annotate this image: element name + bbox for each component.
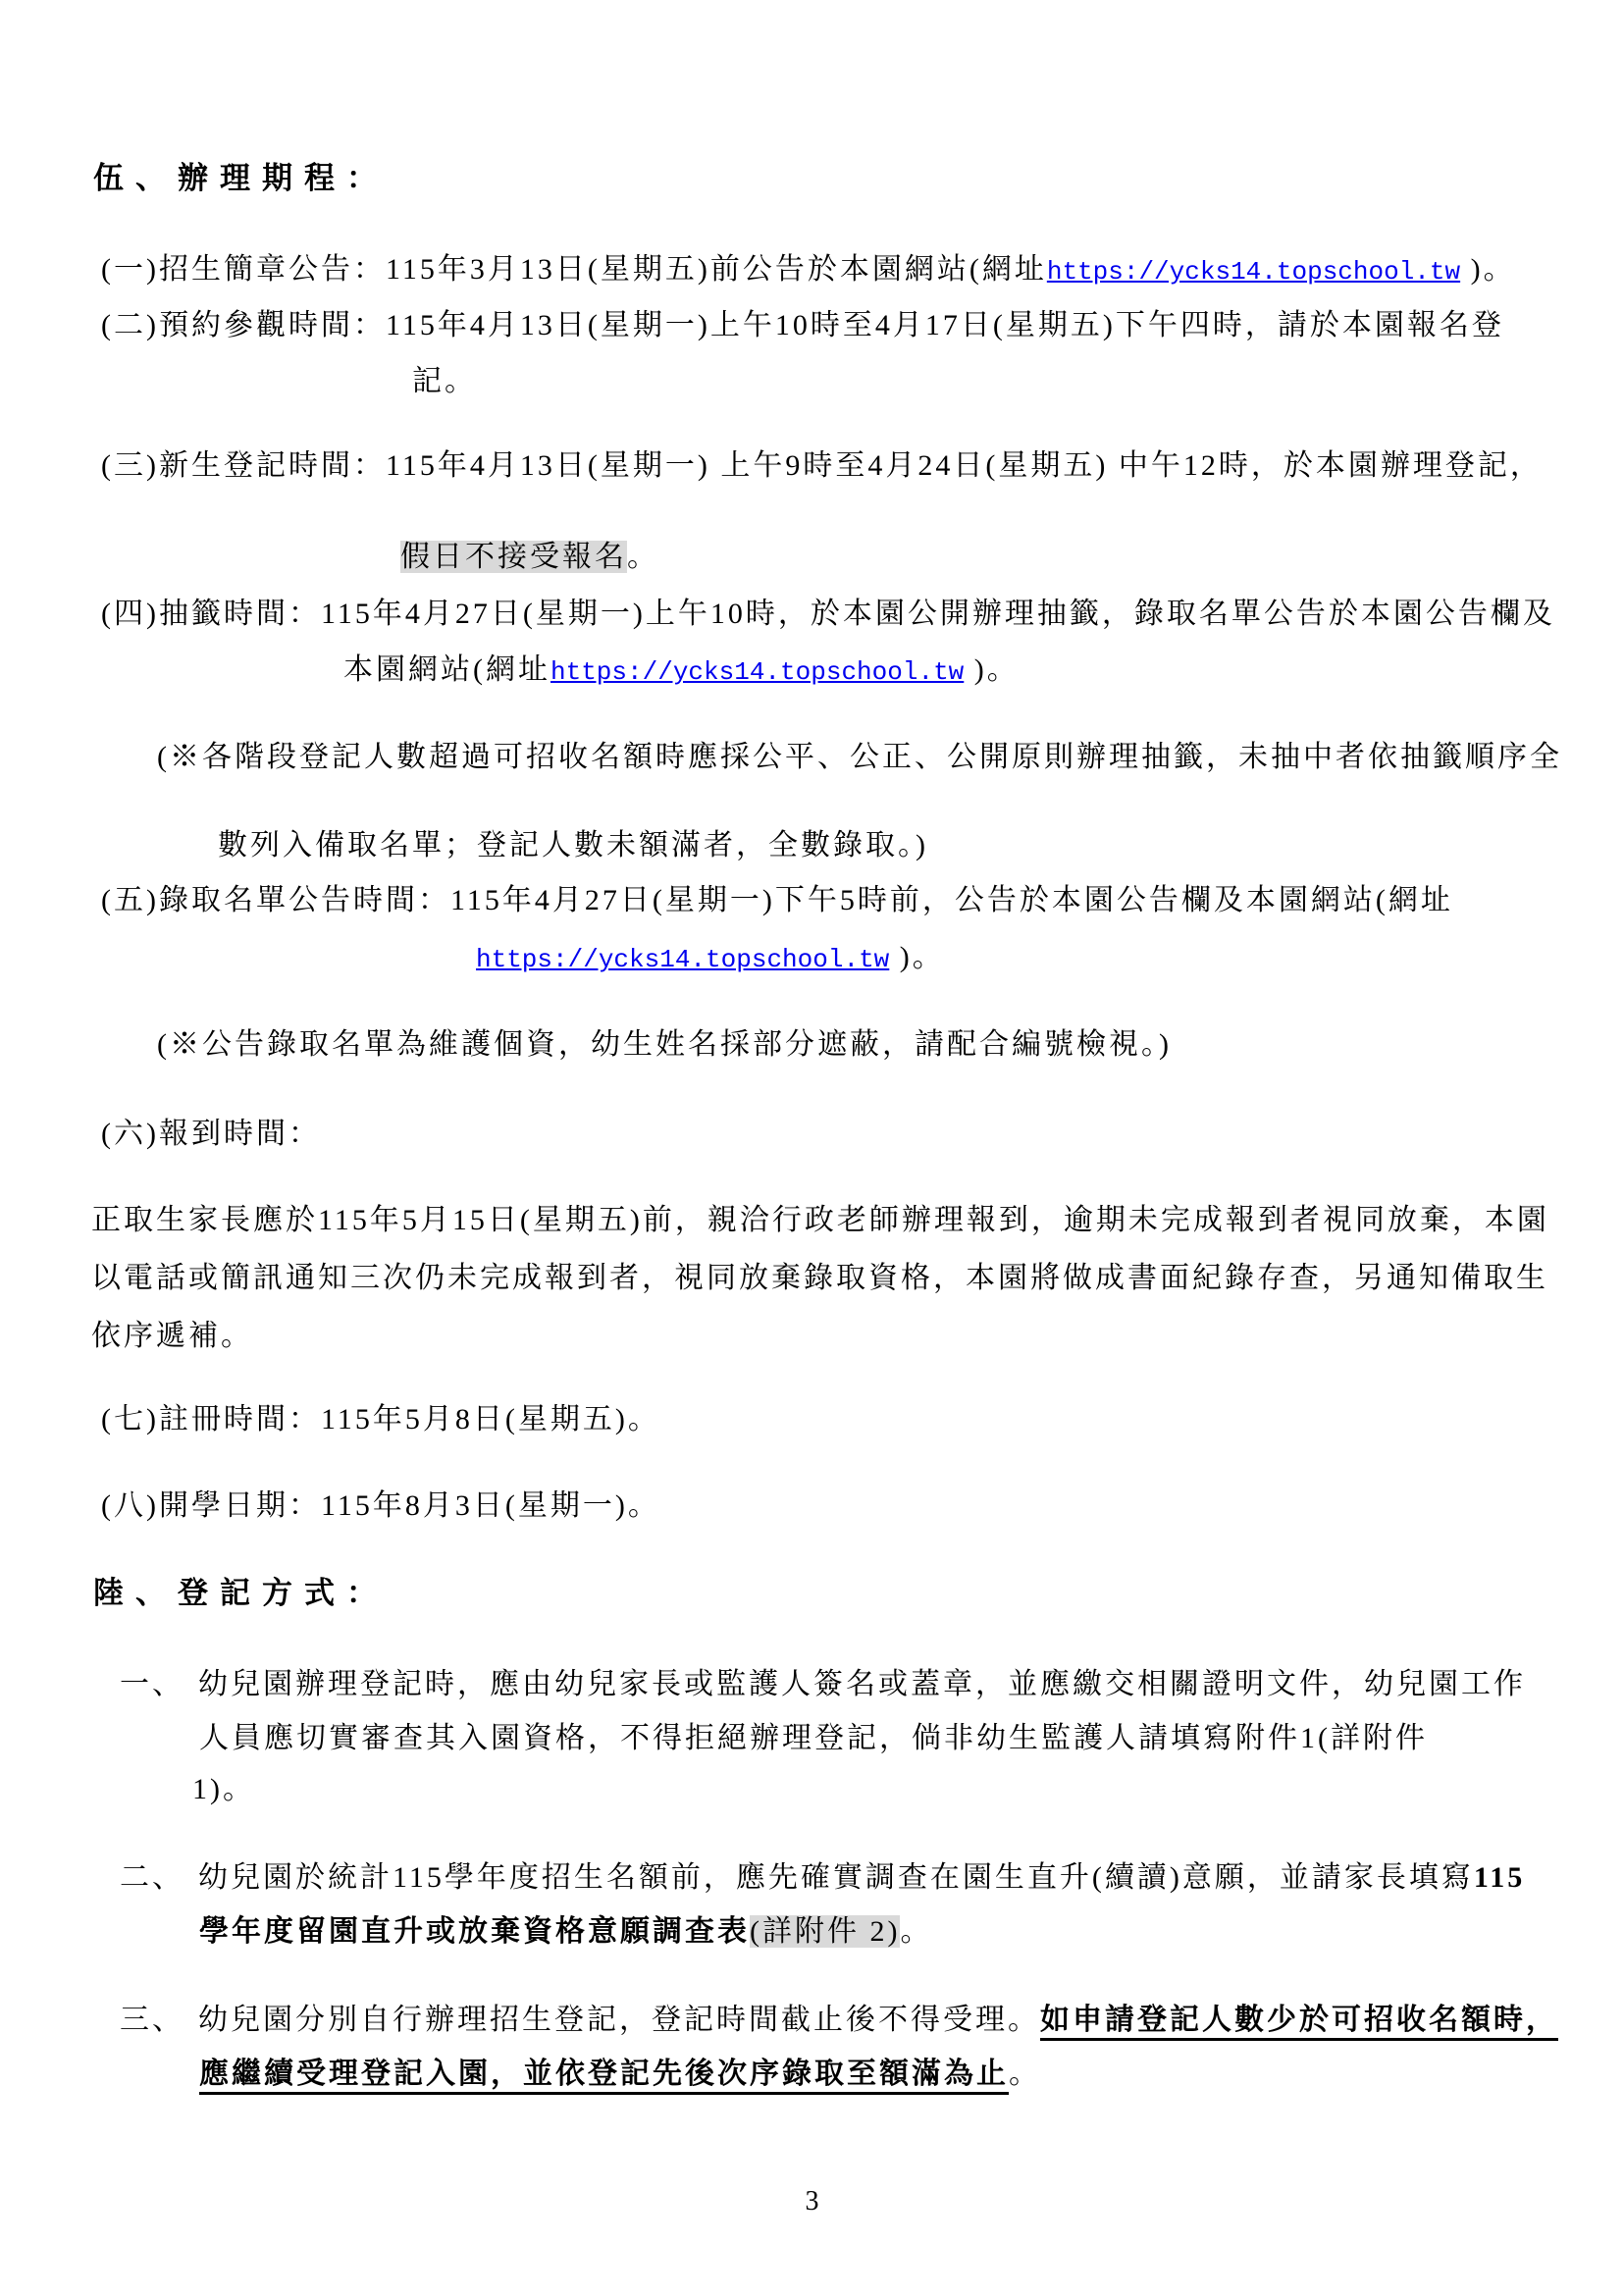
schedule-item-7: (七)註冊時間：115年5月8日(星期五)。 (101, 1401, 660, 1438)
schedule-item-5-line1: (五)錄取名單公告時間：115年4月27日(星期一)下午5時前，公告於本園公告欄… (101, 882, 1453, 919)
website-link[interactable]: https://ycks14.topschool.tw (1047, 257, 1460, 287)
schedule-item-1-text: (一)招生簡章公告：115年3月13日(星期五)前公告於本園網站(網址 (101, 253, 1047, 286)
schedule-item-3-text: (三)新生登記時間：115年4月13日(星期一) 上午9時至4月24日(星期五)… (101, 449, 1543, 482)
schedule-item-1: (一)招生簡章公告：115年3月13日(星期五)前公告於本園網站(網址https… (101, 251, 1516, 290)
schedule-item-2-line1: (二)預約參觀時間：115年4月13日(星期一)上午10時至4月17日(星期五)… (101, 307, 1504, 344)
schedule-item-5-text: (五)錄取名單公告時間：115年4月27日(星期一)下午5時前，公告於本園公告欄… (101, 884, 1453, 916)
schedule-item-4-text: (四)抽籤時間：115年4月27日(星期一)上午10時，於本園公開辦理抽籤，錄取… (101, 598, 1555, 630)
schedule-item-2-text: (二)預約參觀時間：115年4月13日(星期一)上午10時至4月17日(星期五)… (101, 309, 1504, 341)
holiday-highlight: 假日不接受報名 (400, 541, 627, 573)
lottery-note-line1: (※各階段登記人數超過可招收名額時應採公平、公正、公開原則辦理抽籤，未抽中者依抽… (157, 739, 1562, 776)
document-page: 伍、辦理期程： (一)招生簡章公告：115年3月13日(星期五)前公告於本園網站… (0, 0, 1624, 2295)
website-link[interactable]: https://ycks14.topschool.tw (476, 945, 889, 974)
registration-item-1-text2: 人員應切實審查其入園資格，不得拒絕辦理登記，倘非幼生監護人請填寫附件1(詳附件 (199, 1722, 1428, 1754)
registration-item-3-emphasis2: 應繼續受理登記入園，並依登記先後次序錄取至額滿為止 (199, 2058, 1009, 2095)
schedule-item-4-line2: 本園網站(網址https://ycks14.topschool.tw )。 (343, 652, 1020, 691)
checkin-para-line2: 以電話或簡訊通知三次仍未完成報到者，視同放棄錄取資格，本園將做成書面紀錄存查，另… (91, 1260, 1548, 1297)
section-5-heading: 伍、辦理期程： (93, 160, 389, 197)
schedule-item-5-suffix: )。 (889, 941, 945, 973)
schedule-item-5-line2: https://ycks14.topschool.tw )。 (476, 939, 945, 978)
lottery-note-text1: (※各階段登記人數超過可招收名額時應採公平、公正、公開原則辦理抽籤，未抽中者依抽… (157, 741, 1562, 773)
registration-item-3-period: 。 (1009, 2058, 1041, 2090)
lottery-note-line2: 數列入備取名單；登記人數未額滿者，全數錄取。) (218, 827, 928, 864)
privacy-note-text: (※公告錄取名單為維護個資，幼生姓名採部分遮蔽，請配合編號檢視。) (157, 1028, 1172, 1061)
registration-item-3-text: 幼兒園分別自行辦理招生登記，登記時間截止後不得受理。 (198, 2004, 1040, 2036)
registration-item-1-text3: 1)。 (192, 1773, 255, 1805)
schedule-item-6-label: (六)報到時間： (101, 1116, 321, 1153)
registration-item-1-line2: 人員應切實審查其入園資格，不得拒絕辦理登記，倘非幼生監護人請填寫附件1(詳附件 (199, 1720, 1428, 1757)
survey-form-bold-text: 學年度留園直升或放棄資格意願調查表 (199, 1915, 750, 1948)
schedule-item-8-text: (八)開學日期：115年8月3日(星期一)。 (101, 1489, 660, 1522)
holiday-highlight-suffix: 。 (627, 541, 659, 573)
checkin-para-text1: 正取生家長應於115年5月15日(星期五)前，親洽行政老師辦理報到，逾期未完成報… (91, 1204, 1549, 1236)
registration-item-2-number: 二、 (120, 1861, 184, 1894)
registration-item-1-text: 幼兒園辦理登記時，應由幼兒家長或監護人簽名或蓋章，並應繳交相關證明文件，幼兒園工… (198, 1668, 1526, 1700)
checkin-para-text3: 依序遞補。 (91, 1320, 253, 1352)
website-link[interactable]: https://ycks14.topschool.tw (550, 657, 964, 687)
attachment-2-highlight: (詳附件 2) (750, 1915, 900, 1948)
registration-item-1-line3: 1)。 (192, 1771, 255, 1808)
checkin-para-line1: 正取生家長應於115年5月15日(星期五)前，親洽行政老師辦理報到，逾期未完成報… (91, 1202, 1549, 1239)
registration-item-2-bold115: 115 (1474, 1861, 1525, 1894)
registration-item-1-line1: 一、幼兒園辦理登記時，應由幼兒家長或監護人簽名或蓋章，並應繳交相關證明文件，幼兒… (120, 1666, 1526, 1703)
schedule-item-8: (八)開學日期：115年8月3日(星期一)。 (101, 1487, 660, 1525)
registration-item-2-text: 幼兒園於統計115學年度招生名額前，應先確實調查在園生直升(續讀)意願，並請家長… (198, 1861, 1474, 1894)
privacy-note: (※公告錄取名單為維護個資，幼生姓名採部分遮蔽，請配合編號檢視。) (157, 1026, 1172, 1064)
schedule-item-3-line1: (三)新生登記時間：115年4月13日(星期一) 上午9時至4月24日(星期五)… (101, 447, 1543, 485)
lottery-note-text2: 數列入備取名單；登記人數未額滿者，全數錄取。) (218, 829, 928, 861)
section-5-heading-text: 伍、辦理期程： (93, 161, 389, 195)
schedule-item-2-wrap-text: 記。 (412, 365, 477, 397)
registration-item-3-line2: 應繼續受理登記入園，並依登記先後次序錄取至額滿為止。 (199, 2056, 1041, 2093)
page-number: 3 (0, 2186, 1624, 2217)
schedule-item-3-line2: 假日不接受報名。 (400, 539, 659, 576)
section-6-heading-text: 陸、登記方式： (93, 1576, 389, 1610)
registration-item-2-line2: 學年度留園直升或放棄資格意願調查表(詳附件 2)。 (199, 1913, 932, 1951)
registration-item-3-line1: 三、幼兒園分別自行辦理招生登記，登記時間截止後不得受理。如申請登記人數少於可招收… (120, 2002, 1558, 2039)
schedule-item-4-wrap-text: 本園網站(網址 (343, 653, 550, 686)
section-6-heading: 陸、登記方式： (93, 1575, 389, 1612)
schedule-item-7-text: (七)註冊時間：115年5月8日(星期五)。 (101, 1403, 660, 1435)
registration-item-1-number: 一、 (120, 1668, 184, 1700)
schedule-item-4-line1: (四)抽籤時間：115年4月27日(星期一)上午10時，於本園公開辦理抽籤，錄取… (101, 596, 1555, 633)
registration-item-2-line1: 二、幼兒園於統計115學年度招生名額前，應先確實調查在園生直升(續讀)意願，並請… (120, 1859, 1525, 1897)
schedule-item-2-line2: 記。 (412, 363, 477, 400)
schedule-item-1-suffix: )。 (1460, 253, 1516, 286)
checkin-para-line3: 依序遞補。 (91, 1318, 253, 1355)
schedule-item-4-suffix: )。 (964, 653, 1020, 686)
registration-item-3-emphasis1: 如申請登記人數少於可招收名額時， (1040, 2004, 1558, 2041)
registration-item-2-period: 。 (900, 1915, 932, 1948)
registration-item-3-number: 三、 (120, 2004, 184, 2036)
schedule-item-6-label-text: (六)報到時間： (101, 1118, 321, 1150)
checkin-para-text2: 以電話或簡訊通知三次仍未完成報到者，視同放棄錄取資格，本園將做成書面紀錄存查，另… (91, 1262, 1548, 1294)
